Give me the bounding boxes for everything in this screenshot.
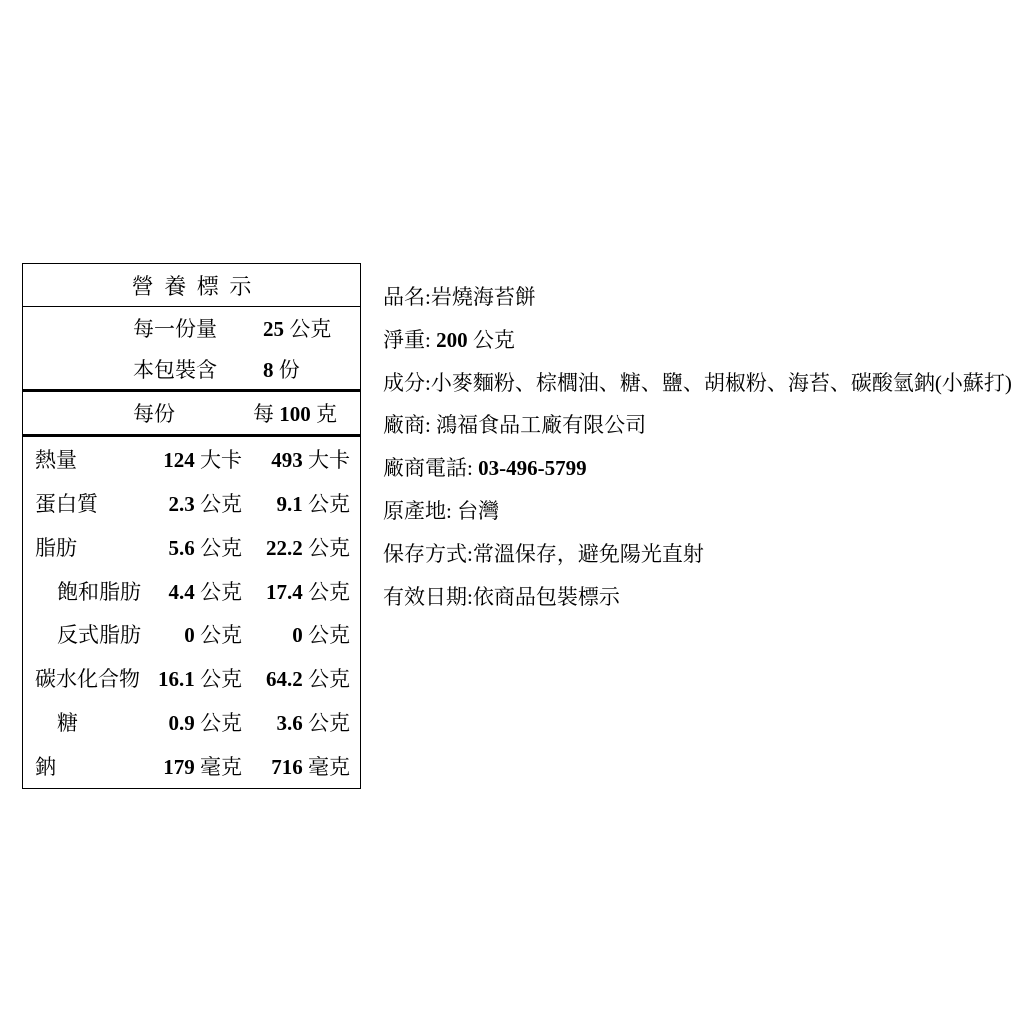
per-serving-value: 0 公克 (147, 619, 242, 649)
per-serving-value: 179 毫克 (147, 751, 242, 781)
value-number: 0 (184, 623, 195, 647)
nutrient-name: 熱量 (35, 444, 147, 474)
per-100g-value: 17.4 公克 (242, 576, 350, 606)
nutrition-facts-table: 營養標示 每一份量25 公克 本包裝含8 份 每份每 100 克 熱量124 大… (22, 263, 361, 789)
value-unit: 毫克 (195, 755, 242, 779)
value-unit: 大卡 (303, 448, 350, 472)
servings-per-pack-row: 本包裝含8 份 (133, 348, 360, 389)
serving-size-row: 每一份量25 公克 (133, 307, 360, 348)
storage-line: 保存方式:常溫保存，避免陽光直射 (383, 533, 1013, 576)
serving-size-value: 25 公克 (263, 313, 331, 343)
per-serving-column-header: 每份 (133, 398, 253, 428)
value-number: 3.6 (277, 711, 303, 735)
per-serving-value: 16.1 公克 (147, 663, 242, 693)
nutrient-name: 鈉 (35, 751, 147, 781)
value-unit: 公克 (303, 711, 350, 735)
table-row-protein: 蛋白質2.3 公克9.1 公克 (23, 481, 360, 525)
table-row-carbohydrate: 碳水化合物16.1 公克64.2 公克 (23, 656, 360, 700)
per-100g-value: 22.2 公克 (242, 532, 350, 562)
per-100g-number: 100 (279, 402, 311, 426)
value-unit: 公克 (195, 667, 242, 691)
nutrient-name: 蛋白質 (35, 488, 147, 518)
product-info: 品名:岩燒海苔餅 淨重: 200 公克 成分:小麥麵粉、棕櫚油、糖、鹽、胡椒粉、… (383, 276, 1013, 618)
value-number: 9.1 (277, 492, 303, 516)
nutrient-name: 反式脂肪 (35, 619, 147, 649)
nutrient-name: 糖 (35, 707, 147, 737)
per-100g-unit: 克 (311, 402, 337, 426)
table-row-sugar: 糖0.9 公克3.6 公克 (23, 700, 360, 744)
net-weight-unit: 公克 (468, 328, 515, 352)
table-row-saturated-fat: 飽和脂肪4.4 公克17.4 公克 (23, 569, 360, 613)
serving-info-section: 每一份量25 公克 本包裝含8 份 (23, 307, 360, 392)
value-unit: 大卡 (195, 448, 242, 472)
value-unit: 公克 (303, 580, 350, 604)
value-unit: 公克 (195, 580, 242, 604)
product-name-label: 品名: (383, 285, 431, 309)
expiry-label: 有效日期: (383, 585, 473, 609)
product-name-value: 岩燒海苔餅 (431, 285, 536, 309)
origin-value: 台灣 (457, 499, 499, 523)
ingredients-value: 小麥麵粉、棕櫚油、糖、鹽、胡椒粉、海苔、碳酸氫鈉(小蘇打) (431, 371, 1012, 395)
per-100g-value: 64.2 公克 (242, 663, 350, 693)
value-unit: 公克 (195, 536, 242, 560)
storage-label: 保存方式: (383, 542, 473, 566)
per-serving-value: 5.6 公克 (147, 532, 242, 562)
net-weight-line: 淨重: 200 公克 (383, 319, 1013, 362)
value-unit: 毫克 (303, 755, 350, 779)
manufacturer-label: 廠商: (383, 413, 436, 437)
serving-size-number: 25 (263, 317, 284, 341)
value-number: 5.6 (169, 536, 195, 560)
product-label-page: 營養標示 每一份量25 公克 本包裝含8 份 每份每 100 克 熱量124 大… (0, 0, 1024, 1024)
value-unit: 公克 (303, 492, 350, 516)
value-number: 22.2 (266, 536, 303, 560)
per-100g-value: 9.1 公克 (242, 488, 350, 518)
servings-per-pack-label: 本包裝含 (133, 354, 263, 384)
manufacturer-line: 廠商: 鴻福食品工廠有限公司 (383, 404, 1013, 447)
value-number: 2.3 (169, 492, 195, 516)
phone-line: 廠商電話: 03-496-5799 (383, 447, 1013, 490)
nutrition-rows: 熱量124 大卡493 大卡 蛋白質2.3 公克9.1 公克 脂肪5.6 公克2… (23, 437, 360, 788)
value-unit: 公克 (195, 623, 242, 647)
per-100g-value: 716 毫克 (242, 751, 350, 781)
value-number: 124 (163, 448, 195, 472)
value-number: 0 (292, 623, 303, 647)
value-number: 16.1 (158, 667, 195, 691)
ingredients-line: 成分:小麥麵粉、棕櫚油、糖、鹽、胡椒粉、海苔、碳酸氫鈉(小蘇打) (383, 362, 1013, 405)
servings-per-pack-number: 8 (263, 358, 274, 382)
value-number: 17.4 (266, 580, 303, 604)
serving-size-unit: 公克 (284, 317, 331, 341)
nutrient-name: 脂肪 (35, 532, 147, 562)
per-100g-prefix: 每 (253, 402, 279, 426)
servings-per-pack-value: 8 份 (263, 354, 300, 384)
value-number: 0.9 (169, 711, 195, 735)
value-unit: 公克 (303, 623, 350, 647)
per-serving-value: 0.9 公克 (147, 707, 242, 737)
nutrient-name: 飽和脂肪 (35, 576, 147, 606)
table-row-trans-fat: 反式脂肪0 公克0 公克 (23, 613, 360, 657)
value-unit: 公克 (195, 492, 242, 516)
origin-line: 原產地: 台灣 (383, 490, 1013, 533)
table-row-sodium: 鈉179 毫克716 毫克 (23, 744, 360, 788)
serving-size-label: 每一份量 (133, 313, 263, 343)
value-number: 493 (271, 448, 303, 472)
value-unit: 公克 (303, 667, 350, 691)
value-unit: 公克 (303, 536, 350, 560)
per-serving-value: 2.3 公克 (147, 488, 242, 518)
manufacturer-value: 鴻福食品工廠有限公司 (436, 413, 646, 437)
value-number: 716 (271, 755, 303, 779)
column-header-row: 每份每 100 克 (23, 392, 360, 437)
expiry-value: 依商品包裝標示 (473, 585, 620, 609)
net-weight-label: 淨重: (383, 328, 436, 352)
table-row-calories: 熱量124 大卡493 大卡 (23, 437, 360, 481)
per-100g-column-header: 每 100 克 (253, 398, 337, 428)
per-serving-value: 124 大卡 (147, 444, 242, 474)
product-name-line: 品名:岩燒海苔餅 (383, 276, 1013, 319)
phone-value: 03-496-5799 (478, 456, 587, 480)
table-row-fat: 脂肪5.6 公克22.2 公克 (23, 525, 360, 569)
value-number: 64.2 (266, 667, 303, 691)
net-weight-value: 200 (436, 328, 468, 352)
per-100g-value: 0 公克 (242, 619, 350, 649)
value-number: 179 (163, 755, 195, 779)
per-100g-value: 493 大卡 (242, 444, 350, 474)
value-number: 4.4 (169, 580, 195, 604)
nutrition-table-title: 營養標示 (23, 264, 360, 307)
per-100g-value: 3.6 公克 (242, 707, 350, 737)
expiry-line: 有效日期:依商品包裝標示 (383, 576, 1013, 619)
ingredients-label: 成分: (383, 371, 431, 395)
value-unit: 公克 (195, 711, 242, 735)
phone-label: 廠商電話: (383, 456, 478, 480)
origin-label: 原產地: (383, 499, 457, 523)
per-serving-value: 4.4 公克 (147, 576, 242, 606)
servings-per-pack-unit: 份 (274, 358, 300, 382)
nutrient-name: 碳水化合物 (35, 663, 147, 693)
storage-value: 常溫保存，避免陽光直射 (473, 542, 704, 566)
